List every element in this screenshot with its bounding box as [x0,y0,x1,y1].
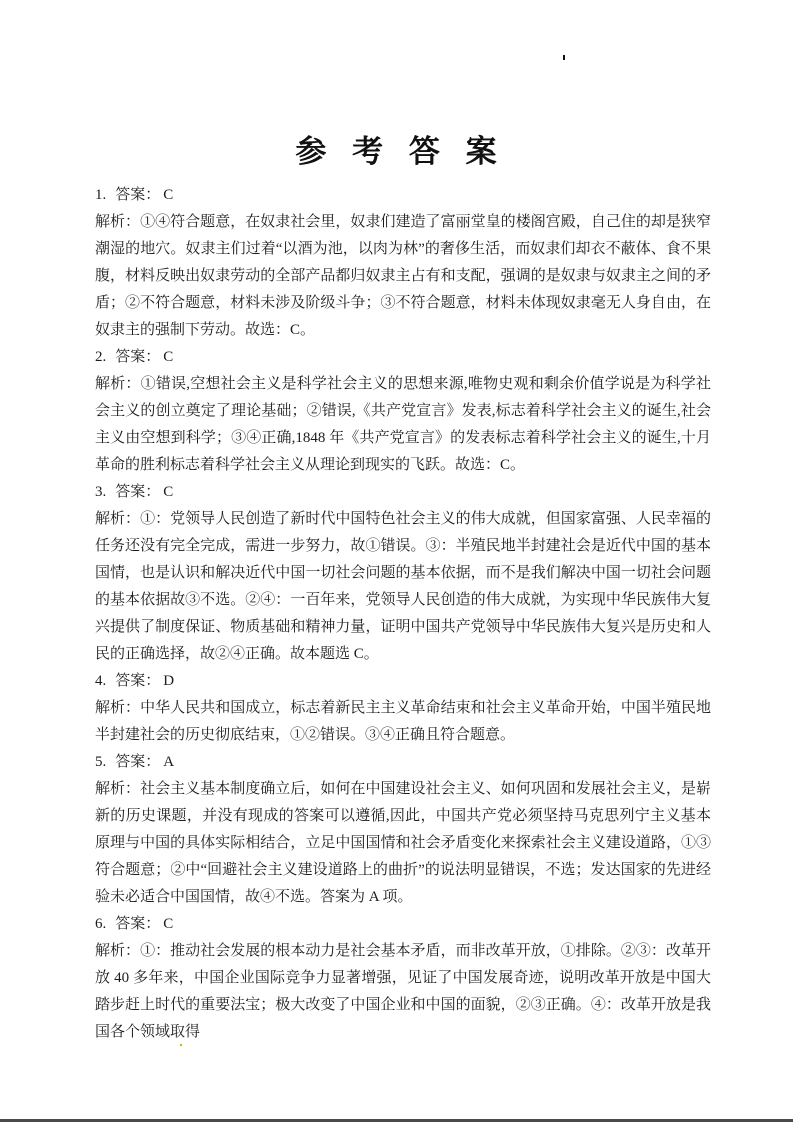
answer-label: 答案： [115,187,160,203]
analysis-paragraph: 解析：①：推动社会发展的根本动力是社会基本矛盾，而非改革开放，①排除。②③：改革… [95,938,711,1046]
answer-label: 答案： [115,349,160,365]
answer-item-2: 2.答案：C 解析：①错误,空想社会主义是科学社会主义的思想来源,唯物史观和剩余… [95,344,711,479]
item-number: 6. [95,916,106,932]
answer-value: C [163,484,173,500]
answer-item-5: 5.答案：A 解析：社会主义基本制度确立后，如何在中国建设社会主义、如何巩固和发… [95,749,711,911]
answer-value: C [163,349,173,365]
answer-value: C [163,916,173,932]
answer-line: 1.答案：C [95,182,711,209]
answer-line: 3.答案：C [95,479,711,506]
answer-item-1: 1.答案：C 解析：①④符合题意，在奴隶社会里，奴隶们建造了富丽堂皇的楼阁宫殿，… [95,182,711,344]
answer-label: 答案： [115,673,160,689]
answers-content: 1.答案：C 解析：①④符合题意，在奴隶社会里，奴隶们建造了富丽堂皇的楼阁宫殿，… [95,182,711,1046]
item-number: 2. [95,349,106,365]
answer-item-4: 4.答案：D 解析：中华人民共和国成立，标志着新民主主义革命结束和社会主义革命开… [95,668,711,749]
answer-label: 答案： [115,754,160,770]
analysis-paragraph: 解析：社会主义基本制度确立后，如何在中国建设社会主义、如何巩固和发展社会主义，是… [95,776,711,911]
answer-line: 6.答案：C [95,911,711,938]
item-number: 5. [95,754,106,770]
answer-item-3: 3.答案：C 解析：①：党领导人民创造了新时代中国特色社会主义的伟大成就，但国家… [95,479,711,668]
answer-label: 答案： [115,916,160,932]
stray-ink-mark [563,55,565,60]
answer-line: 2.答案：C [95,344,711,371]
analysis-paragraph: 解析：①④符合题意，在奴隶社会里，奴隶们建造了富丽堂皇的楼阁宫殿，自己住的却是狭… [95,209,711,344]
item-number: 4. [95,673,106,689]
answer-value: A [163,754,174,770]
stray-yellow-dot [180,1044,182,1046]
answer-item-6: 6.答案：C 解析：①：推动社会发展的根本动力是社会基本矛盾，而非改革开放，①排… [95,911,711,1046]
answer-line: 5.答案：A [95,749,711,776]
document-page: 参 考 答 案 1.答案：C 解析：①④符合题意，在奴隶社会里，奴隶们建造了富丽… [0,0,793,1122]
answer-label: 答案： [115,484,160,500]
answer-line: 4.答案：D [95,668,711,695]
analysis-paragraph: 解析：①：党领导人民创造了新时代中国特色社会主义的伟大成就，但国家富强、人民幸福… [95,506,711,668]
analysis-paragraph: 解析：中华人民共和国成立，标志着新民主主义革命结束和社会主义革命开始，中国半殖民… [95,695,711,749]
item-number: 3. [95,484,106,500]
page-title: 参 考 答 案 [0,126,793,171]
analysis-paragraph: 解析：①错误,空想社会主义是科学社会主义的思想来源,唯物史观和剩余价值学说是为科… [95,371,711,479]
item-number: 1. [95,187,106,203]
answer-value: C [163,187,173,203]
answer-value: D [163,673,174,689]
